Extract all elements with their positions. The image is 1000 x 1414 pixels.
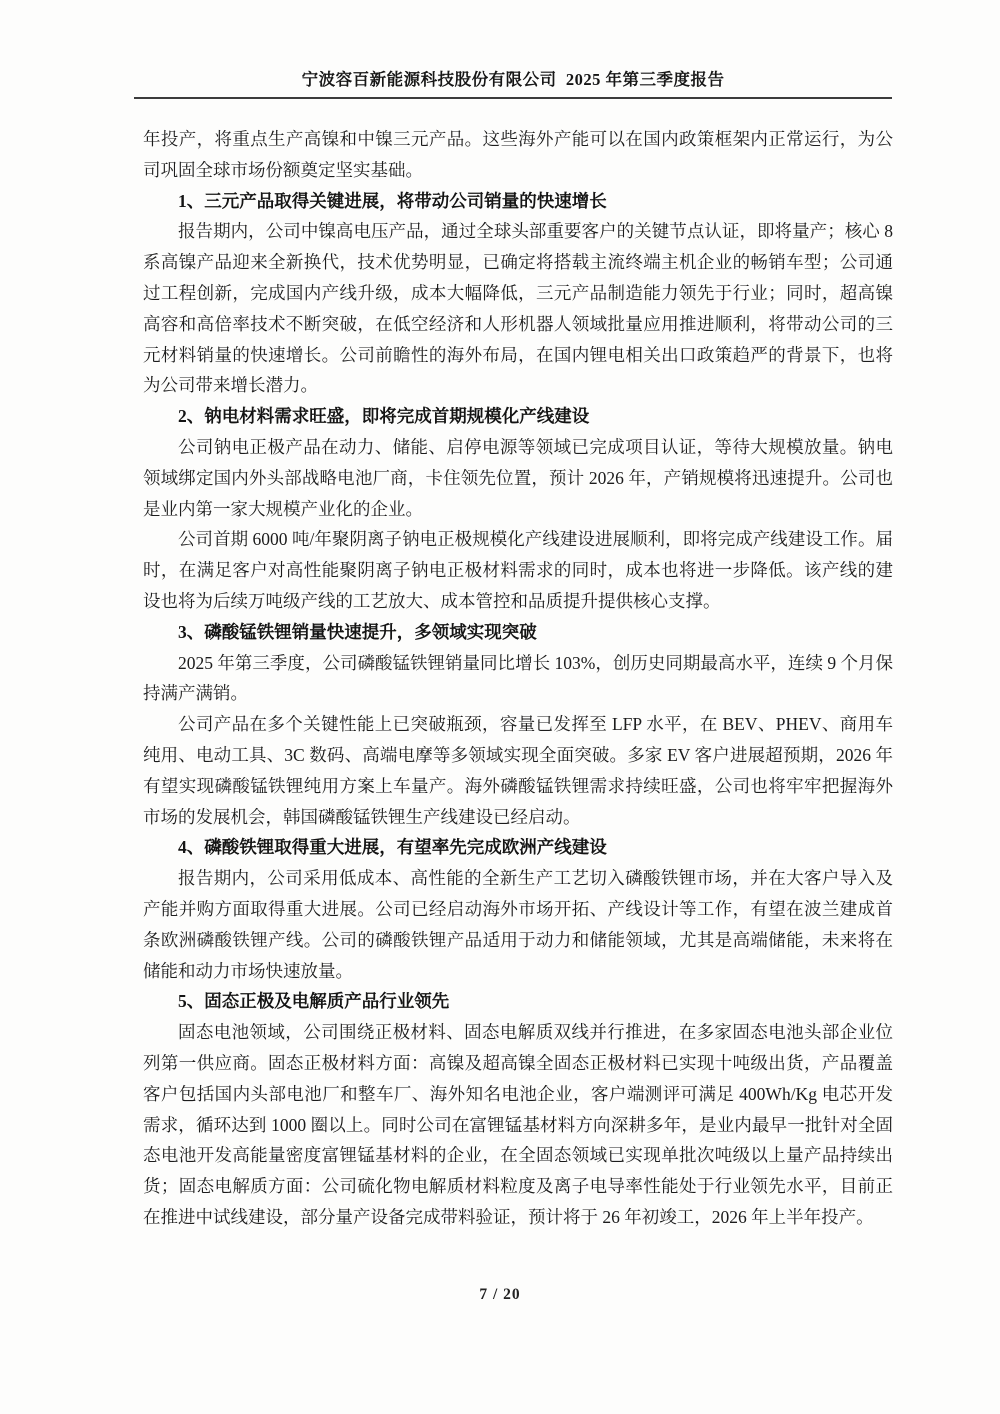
section-2-paragraph-2: 公司首期 6000 吨/年聚阴离子钠电正极规模化产线建设进展顺利，即将完成产线建… (143, 524, 893, 616)
report-header-title: 宁波容百新能源科技股份有限公司 2025 年第三季度报告 (134, 0, 892, 90)
page-number: 7 / 20 (479, 1286, 520, 1303)
report-body: 年投产，将重点生产高镍和中镍三元产品。这些海外产能可以在国内政策框架内正常运行，… (143, 124, 893, 1233)
section-3-paragraph-1: 2025 年第三季度，公司磷酸锰铁锂销量同比增长 103%，创历史同期最高水平，… (143, 648, 893, 710)
section-3-paragraph-2: 公司产品在多个关键性能上已突破瓶颈，容量已发挥至 LFP 水平，在 BEV、PH… (143, 709, 893, 832)
section-4-paragraph: 报告期内，公司采用低成本、高性能的全新生产工艺切入磷酸铁锂市场，并在大客户导入及… (143, 863, 893, 986)
intro-continuation-paragraph: 年投产，将重点生产高镍和中镍三元产品。这些海外产能可以在国内政策框架内正常运行，… (143, 124, 893, 186)
section-5-heading: 5、固态正极及电解质产品行业领先 (143, 986, 893, 1017)
section-5-paragraph: 固态电池领域，公司围绕正极材料、固态电解质双线并行推进，在多家固态电池头部企业位… (143, 1017, 893, 1233)
section-2-heading: 2、钠电材料需求旺盛，即将完成首期规模化产线建设 (143, 401, 893, 432)
section-1-paragraph: 报告期内，公司中镍高电压产品，通过全球头部重要客户的关键节点认证，即将量产；核心… (143, 216, 893, 401)
section-4-heading: 4、磷酸铁锂取得重大进展，有望率先完成欧洲产线建设 (143, 832, 893, 863)
page-header: 宁波容百新能源科技股份有限公司 2025 年第三季度报告 (134, 0, 892, 99)
section-2-paragraph-1: 公司钠电正极产品在动力、储能、启停电源等领域已完成项目认证，等待大规模放量。钠电… (143, 432, 893, 524)
page-footer: 7 / 20 (0, 1286, 1000, 1304)
report-page: 宁波容百新能源科技股份有限公司 2025 年第三季度报告 年投产，将重点生产高镍… (0, 0, 1000, 1414)
section-3-heading: 3、磷酸锰铁锂销量快速提升，多领域实现突破 (143, 617, 893, 648)
header-divider (134, 97, 892, 99)
section-1-heading: 1、三元产品取得关键进展，将带动公司销量的快速增长 (143, 186, 893, 217)
